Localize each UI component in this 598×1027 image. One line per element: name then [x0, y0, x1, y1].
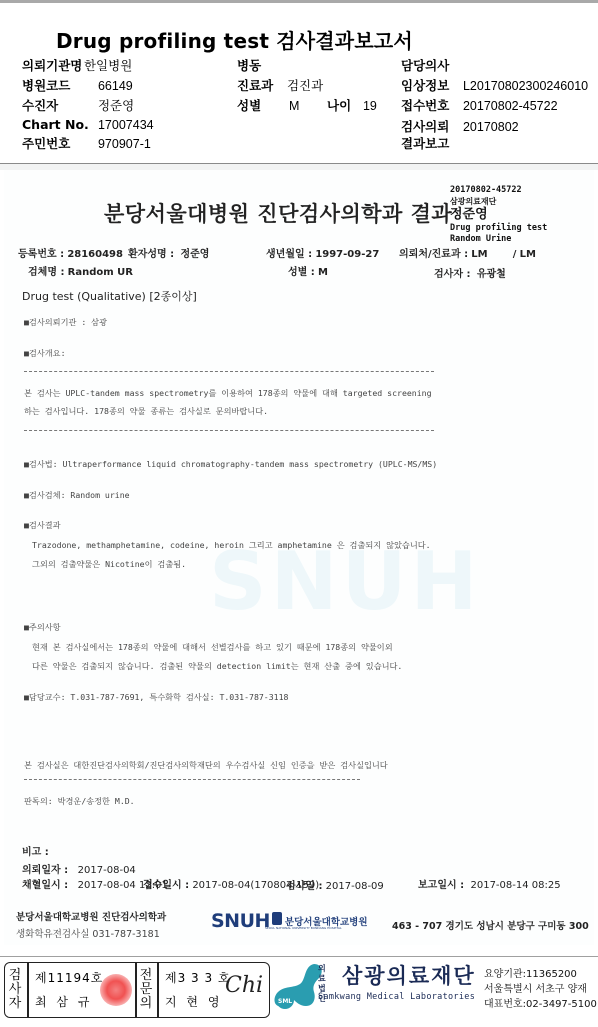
tester: 검사자 : 유광철: [434, 265, 506, 280]
certification-note: 본 검사실은 대한진단검사의학회/진단검사의학재단의 우수검사실 신임 인증을 …: [24, 760, 388, 771]
field-hospital-code: 병원코드 66149: [22, 76, 133, 94]
field-resident-no: 주민번호 970907-1: [22, 134, 151, 152]
patient-sex: 성별 : M: [288, 263, 328, 278]
scanned-report: SNUH 분당서울대병원 진단검사의학과 결과 20170802-45722 삼…: [4, 170, 594, 945]
divider: [157, 963, 159, 1017]
field-result-report: 결과보고: [401, 134, 463, 152]
snuh-logo: SNUH 분당서울대학교병원 SEOUL NATIONAL UNIVERSITY…: [211, 910, 368, 932]
hospital-address: 463 - 707 경기도 성남시 분당구 구미동 300: [392, 918, 589, 932]
caution-line-2: 다른 약물은 검출되지 않습니다. 검출된 약물의 detection limi…: [32, 661, 402, 672]
test-name: Drug test (Qualitative) [2종이상]: [22, 288, 197, 304]
org-phone: 대표번호:02-3497-5100: [484, 995, 597, 1010]
section-result-title: ■검사결과: [24, 520, 61, 531]
section-overview-title: ■검사개요:: [24, 348, 66, 359]
field-department: 진료과 검진과: [237, 76, 323, 94]
signature-box: 검 사 자 제11194호 최 삼 규 전 문 의 제3 3 3 호 지 현 영…: [4, 962, 270, 1018]
caution-line-1: 현재 본 검사실에서는 178종의 약물에 대해서 선별검사를 하고 있기 때문…: [32, 642, 393, 653]
institution-code: 요양기관:11365200: [484, 965, 577, 980]
date-of-birth: 생년월일 : 1997-09-27: [266, 245, 379, 260]
org-english-name: Samkwang Medical Laboratories: [318, 992, 475, 1002]
patient-name: 환자성명 : 정준영: [128, 245, 209, 260]
registration-number: 등록번호 : 28160498: [18, 245, 123, 260]
report-heading: 분당서울대병원 진단검사의학과 결과: [104, 198, 452, 228]
reviewer-role-label: 전 문 의: [139, 969, 153, 1011]
snuh-emblem-icon: [272, 912, 282, 925]
section-caution-title: ■주의사항: [24, 622, 61, 633]
result-line-1: Trazodone, methamphetamine, codeine, her…: [32, 540, 431, 551]
divider: [27, 963, 29, 1017]
reading-physician: 판독의: 박경운/송정한 M.D.: [24, 796, 135, 807]
field-requester: 의뢰기관명 한일병원: [22, 56, 132, 74]
specimen-name: 검체명 : Random UR: [28, 263, 133, 278]
field-age: 나이 19: [327, 96, 377, 114]
dashed-divider: [24, 371, 434, 372]
overview-line-2: 하는 검사입니다. 178종의 약물 종류는 검사실로 문의바랍니다.: [24, 406, 268, 417]
lab-phone: 생화학유전검사실 031-787-3181: [16, 926, 160, 940]
overview-line-1: 본 검사는 UPLC-tandem mass spectrometry를 이용하…: [24, 388, 432, 399]
field-receipt-no: 접수번호 20170802-45722: [401, 96, 558, 114]
svg-text:SML: SML: [278, 998, 292, 1005]
bottom-divider: [0, 956, 598, 957]
specimen-label-stamp: 20170802-45722 삼광의료재단 정준영 Drug profiling…: [450, 185, 547, 245]
field-patient: 수진자 정준영: [22, 96, 134, 114]
remark: 비고 :: [22, 843, 49, 858]
reviewer-name: 지 현 영: [165, 993, 222, 1010]
field-chart-no: Chart No. 17007434: [22, 117, 154, 132]
field-clinical-info: 임상정보 L20170802300246010: [401, 76, 588, 94]
red-seal-icon: [100, 974, 132, 1006]
dashed-divider: [24, 430, 434, 431]
tester-role-label: 검 사 자: [8, 969, 22, 1011]
field-test-request: 검사의뢰 20170802: [401, 117, 519, 135]
lab-department-name: 분당서울대학교병원 진단검사의학과: [16, 909, 166, 923]
test-date: 검사일 : 2017-08-09: [286, 877, 384, 892]
section-method: ■검사법: Ultraperformance liquid chromatogr…: [24, 459, 437, 470]
reviewer-license-no: 제3 3 3 호: [165, 969, 231, 986]
field-sex: 성별 M: [237, 96, 299, 114]
org-name: 삼광의료재단: [342, 960, 476, 990]
divider: [135, 963, 137, 1017]
report-title: Drug profiling test 검사결과보고서: [56, 25, 413, 54]
signature: Chi: [225, 973, 263, 998]
org-address: 서울특별시 서초구 양재: [484, 980, 587, 995]
field-doctor: 담당의사: [401, 56, 463, 74]
report-header: Drug profiling test 검사결과보고서 의뢰기관명 한일병원 병…: [0, 3, 598, 163]
report-datetime: 보고일시 : 2017-08-14 08:25: [418, 876, 561, 891]
section-contact: ■담당교수: T.031-787-7691, 특수화학 검사실: T.031-7…: [24, 692, 288, 703]
dashed-divider: [24, 779, 360, 780]
section-institution: ■검사의뢰기관 : 삼광: [24, 317, 107, 328]
requesting-department: 의뢰처/진료과 : LM / LM: [399, 245, 536, 260]
section-specimen: ■검사검체: Random urine: [24, 490, 130, 501]
request-date: 의뢰일자 : 2017-08-04: [22, 861, 136, 876]
tester-name: 최 삼 규: [35, 993, 92, 1010]
tester-license-no: 제11194호: [35, 969, 103, 986]
field-ward: 병동: [237, 56, 287, 74]
result-line-2: 그외의 검출약물은 Nicotine이 검출됨.: [32, 559, 186, 570]
